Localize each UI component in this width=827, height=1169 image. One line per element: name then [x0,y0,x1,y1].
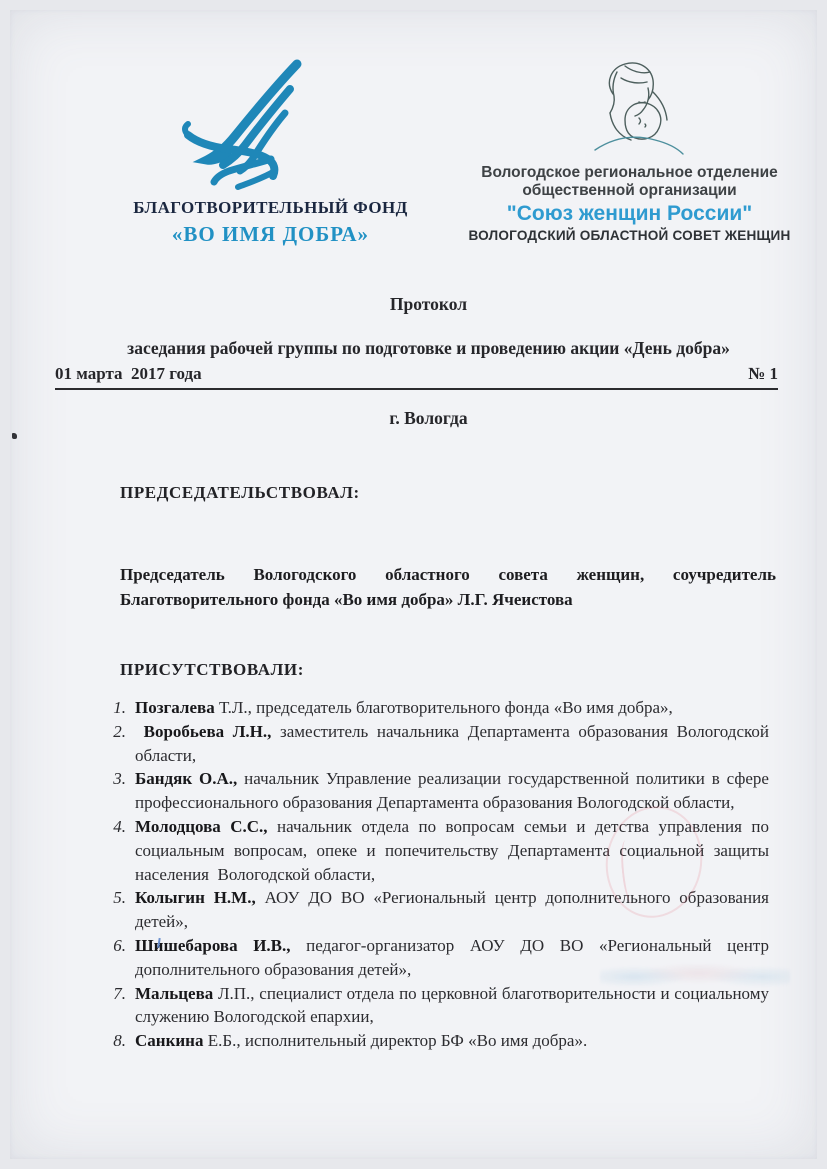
scanned-document-page: БЛАГОТВОРИТЕЛЬНЫЙ ФОНД «ВО ИМЯ ДОБРА» Во… [10,10,817,1159]
document-subtitle: заседания рабочей группы по подготовке и… [40,338,817,359]
mother-child-logo-icon [555,58,705,158]
attendee-name: Молодцова С.С., [135,817,268,836]
ink-bleedthrough [600,958,790,992]
attendee-role: Т.Л., председатель благотворительного фо… [215,698,673,717]
fund-name: «ВО ИМЯ ДОБРА» [118,222,423,247]
attendee-text: Бандяк О.А., начальник Управление реализ… [135,767,769,815]
attendee-text: Санкина Е.Б., исполнительный директор БФ… [135,1029,769,1053]
attendee-text: Позгалева Т.Л., председатель благотворит… [135,696,769,720]
document-city: г. Вологда [40,408,817,429]
attendee-row: 2. Воробьева Л.Н., заместитель начальник… [100,720,782,768]
document-title: Протокол [40,294,817,315]
attendee-number: 2. [100,720,126,744]
document-date: 01 марта 2017 года [55,364,202,384]
charity-fund-letterhead: БЛАГОТВОРИТЕЛЬНЫЙ ФОНД «ВО ИМЯ ДОБРА» [118,58,423,247]
org-union-name: "Союз женщин России" [462,202,797,226]
chaired-heading: ПРЕДСЕДАТЕЛЬСТВОВАЛ: [120,483,360,503]
attendee-name: Санкина [135,1031,203,1050]
attendee-number: 3. [100,767,126,791]
attendee-name: Воробьева Л.Н., [135,722,271,741]
attendee-row: 8. Санкина Е.Б., исполнительный директор… [100,1029,782,1053]
attended-heading: ПРИСУТСТВОВАЛИ: [120,660,304,680]
attendee-number: 8. [100,1029,126,1053]
attendee-number: 5. [100,886,126,910]
org-type-line: общественной организации [462,182,797,200]
date-number-row: 01 марта 2017 года № 1 [55,364,778,390]
chaired-paragraph: Председатель Вологодского областного сов… [120,562,776,612]
attendee-number: 1. [100,696,126,720]
attendee-name: Позгалева [135,698,215,717]
scan-speck [12,433,17,439]
attendee-name: Колыгин Н.М., [135,888,256,907]
fund-caption: БЛАГОТВОРИТЕЛЬНЫЙ ФОНД [118,198,423,218]
attendee-name: Мальцева [135,984,213,1003]
attendee-number: 6. [100,934,126,958]
attendee-text: Воробьева Л.Н., заместитель начальника Д… [135,720,769,768]
attendee-role: Е.Б., исполнительный директор БФ «Во имя… [203,1031,587,1050]
org-region-line: Вологодское региональное отделение [462,164,797,182]
document-number: № 1 [748,364,778,384]
attendee-number: 7. [100,982,126,1006]
attendee-name: Бандяк О.А., [135,769,237,788]
dove-logo-icon [176,58,366,190]
attendee-row: 3. Бандяк О.А., начальник Управление реа… [100,767,782,815]
women-union-letterhead: Вологодское региональное отделение общес… [462,58,797,243]
attendee-number: 4. [100,815,126,839]
org-council-line: ВОЛОГОДСКИЙ ОБЛАСТНОЙ СОВЕТ ЖЕНЩИН [462,228,797,243]
attendee-row: 1. Позгалева Т.Л., председатель благотво… [100,696,782,720]
